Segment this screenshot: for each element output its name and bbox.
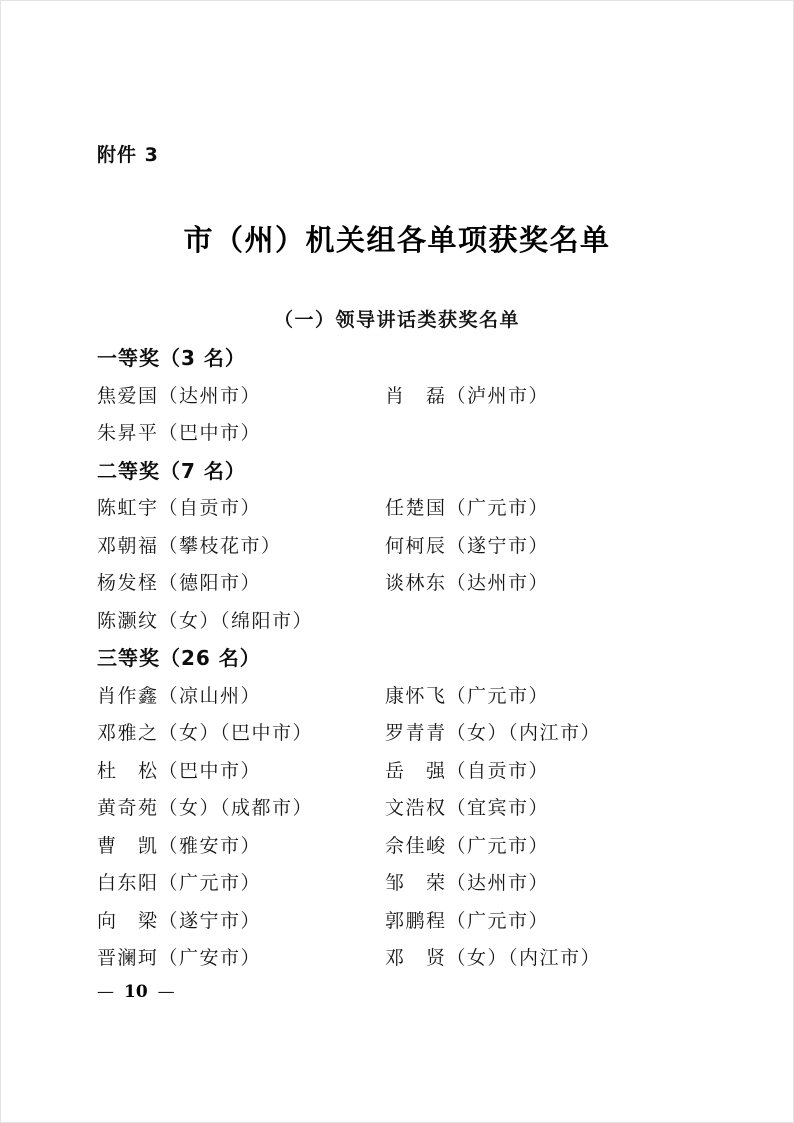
award-row: 陈虹宇（自贡市）任楚国（广元市） <box>97 495 697 533</box>
award-row: 晋澜珂（广安市）邓 贤（女）（内江市） <box>97 945 697 983</box>
winner-entry: 何柯辰（遂宁市） <box>385 533 697 560</box>
award-row: 向 梁（遂宁市）郭鹏程（广元市） <box>97 908 697 946</box>
winner-entry: 晋澜珂（广安市） <box>97 945 385 972</box>
winner-entry: 文浩权（宜宾市） <box>385 795 697 822</box>
award-row: 白东阳（广元市）邹 荣（达州市） <box>97 870 697 908</box>
award-tier-heading: 一等奖（3 名） <box>97 345 697 383</box>
winner-entry: 陈灏纹（女）（绵阳市） <box>97 608 385 635</box>
winner-entry: 黄奇苑（女）（成都市） <box>97 795 385 822</box>
winner-entry: 谈林东（达州市） <box>385 570 697 597</box>
document-content: 附件 3 市（州）机关组各单项获奖名单 （一）领导讲话类获奖名单 一等奖（3 名… <box>1 143 793 983</box>
footer-dash-right: — <box>158 982 175 1002</box>
winner-entry: 杜 松（巴中市） <box>97 758 385 785</box>
winner-entry: 陈虹宇（自贡市） <box>97 495 385 522</box>
winner-entry: 白东阳（广元市） <box>97 870 385 897</box>
winner-entry: 佘佳峻（广元市） <box>385 833 697 860</box>
award-row: 黄奇苑（女）（成都市）文浩权（宜宾市） <box>97 795 697 833</box>
winner-entry: 向 梁（遂宁市） <box>97 908 385 935</box>
winner-entry: 岳 强（自贡市） <box>385 758 697 785</box>
winner-entry: 肖作鑫（凉山州） <box>97 683 385 710</box>
winner-entry: 郭鹏程（广元市） <box>385 908 697 935</box>
winner-entry: 任楚国（广元市） <box>385 495 697 522</box>
winner-entry: 罗青青（女）（内江市） <box>385 720 697 747</box>
winner-entry: 朱昇平（巴中市） <box>97 420 385 447</box>
document-subtitle: （一）领导讲话类获奖名单 <box>97 308 697 332</box>
document-title: 市（州）机关组各单项获奖名单 <box>97 224 697 256</box>
award-row: 邓朝福（攀枝花市）何柯辰（遂宁市） <box>97 533 697 571</box>
attachment-label: 附件 3 <box>97 143 697 167</box>
winner-entry: 曹 凯（雅安市） <box>97 833 385 860</box>
winner-entry: 康怀飞（广元市） <box>385 683 697 710</box>
page-footer: — 10 — <box>97 982 175 1002</box>
award-tier-heading: 三等奖（26 名） <box>97 645 697 683</box>
award-sections: 一等奖（3 名）焦爱国（达州市）肖 磊（泸州市）朱昇平（巴中市）二等奖（7 名）… <box>97 345 697 983</box>
award-row: 邓雅之（女）（巴中市）罗青青（女）（内江市） <box>97 720 697 758</box>
award-row: 曹 凯（雅安市）佘佳峻（广元市） <box>97 833 697 871</box>
document-page: 附件 3 市（州）机关组各单项获奖名单 （一）领导讲话类获奖名单 一等奖（3 名… <box>0 0 794 1123</box>
award-row: 朱昇平（巴中市） <box>97 420 697 458</box>
award-row: 杨发柽（德阳市）谈林东（达州市） <box>97 570 697 608</box>
winner-entry: 焦爱国（达州市） <box>97 383 385 410</box>
winner-entry: 邓朝福（攀枝花市） <box>97 533 385 560</box>
page-number: 10 <box>124 982 148 1002</box>
winner-entry: 邹 荣（达州市） <box>385 870 697 897</box>
winner-entry: 邓 贤（女）（内江市） <box>385 945 697 972</box>
footer-dash-left: — <box>97 982 114 1002</box>
award-row: 杜 松（巴中市）岳 强（自贡市） <box>97 758 697 796</box>
award-tier-heading: 二等奖（7 名） <box>97 458 697 496</box>
winner-entry: 邓雅之（女）（巴中市） <box>97 720 385 747</box>
award-row: 焦爱国（达州市）肖 磊（泸州市） <box>97 383 697 421</box>
award-row: 肖作鑫（凉山州）康怀飞（广元市） <box>97 683 697 721</box>
winner-entry: 肖 磊（泸州市） <box>385 383 697 410</box>
award-row: 陈灏纹（女）（绵阳市） <box>97 608 697 646</box>
winner-entry: 杨发柽（德阳市） <box>97 570 385 597</box>
